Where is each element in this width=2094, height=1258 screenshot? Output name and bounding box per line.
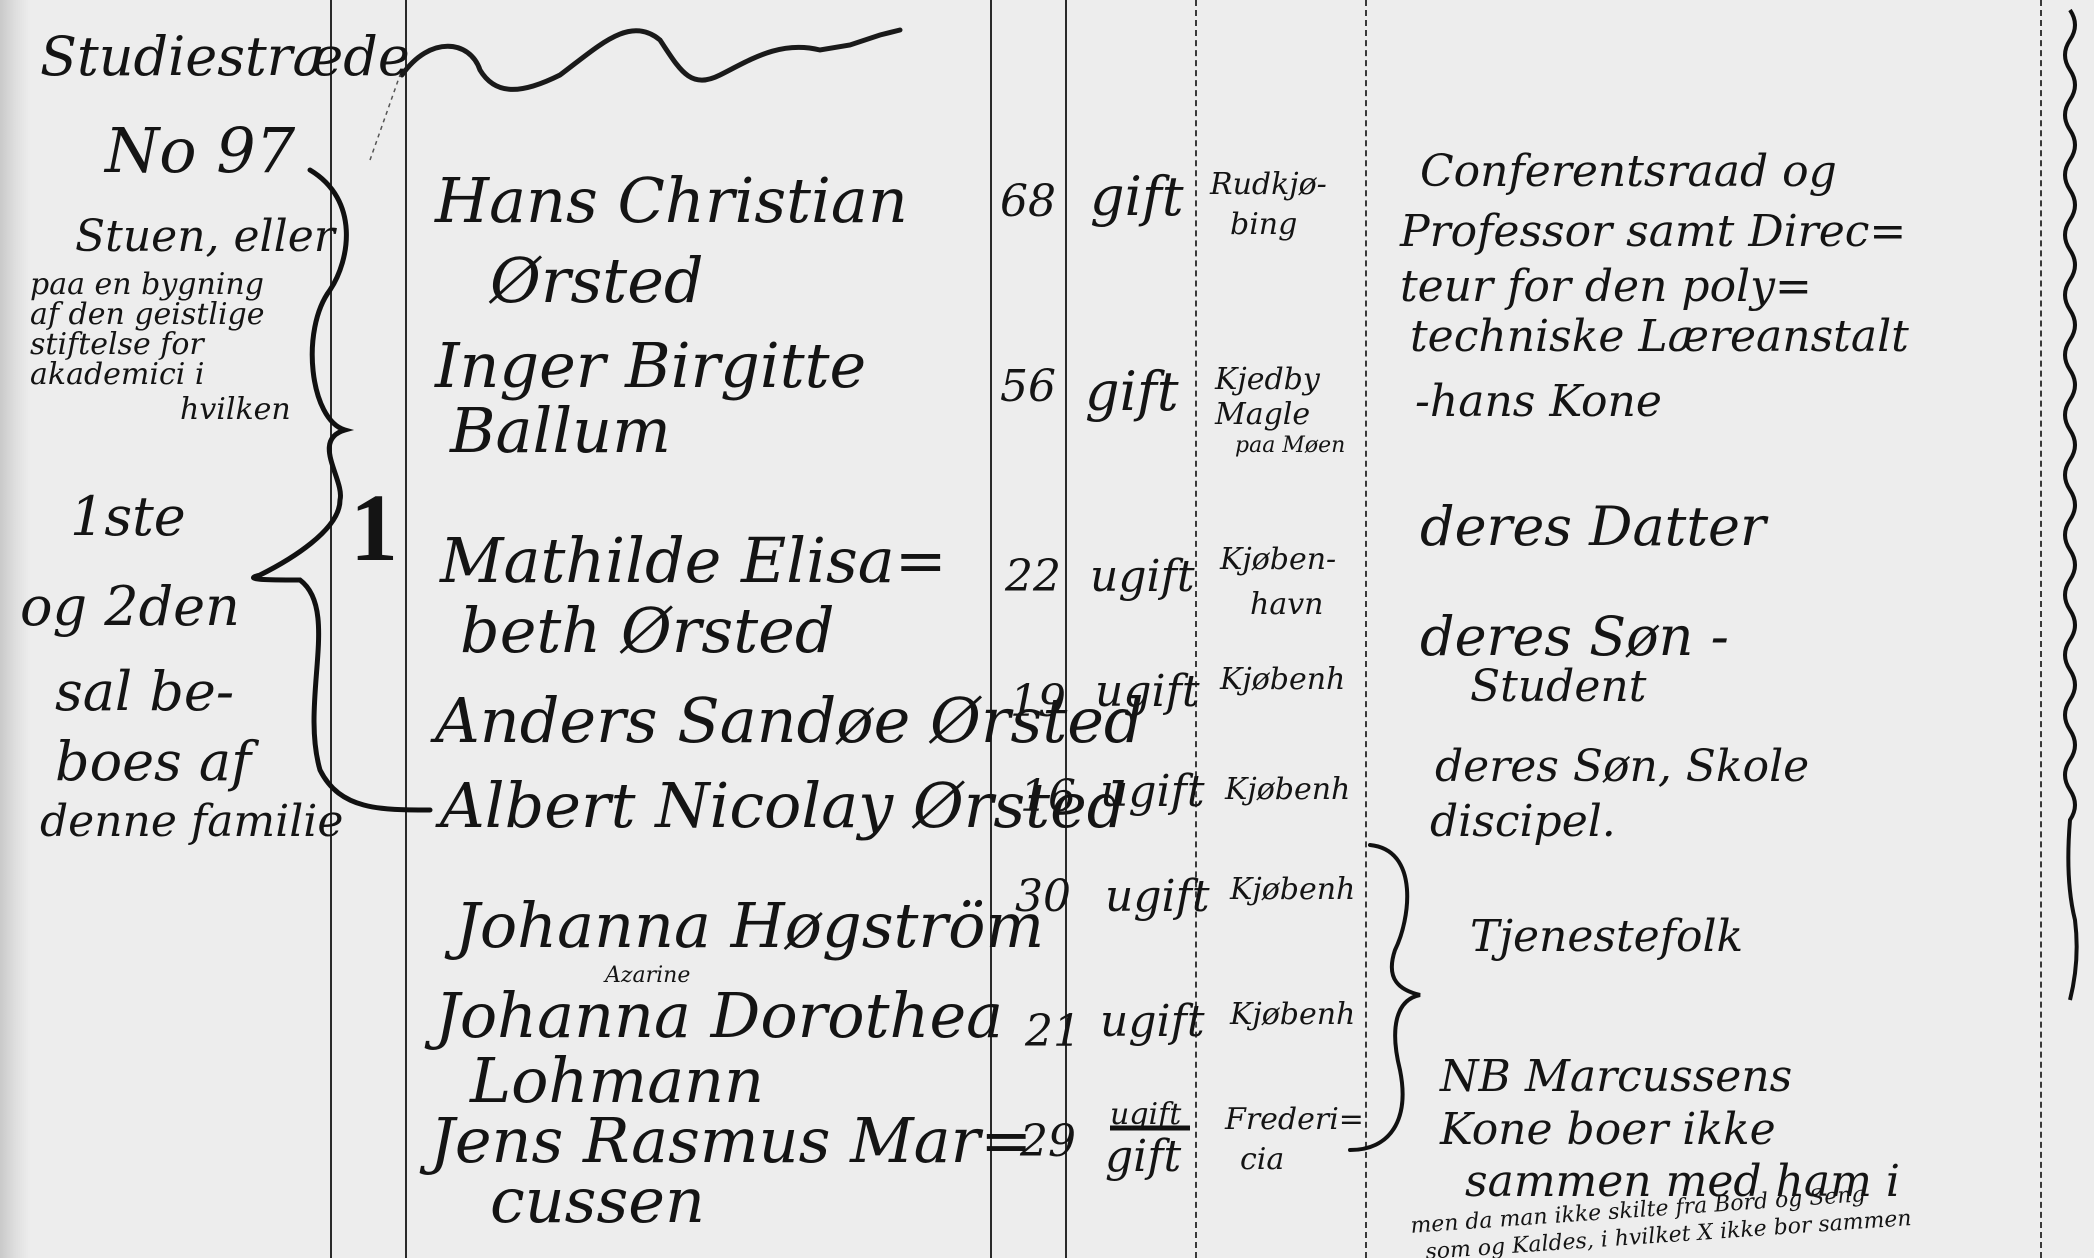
birthplace-cont: paa Møen: [1235, 435, 1345, 457]
age: 68: [1000, 180, 1056, 224]
marital-status: ugift: [1090, 555, 1195, 599]
margin-note-line: boes af: [55, 735, 251, 789]
margin-note-line: af den geistlige: [30, 300, 265, 330]
position-line: discipel.: [1430, 800, 1616, 844]
nb-note-line: Kone boer ikke: [1440, 1108, 1776, 1152]
house-number: No 97: [105, 120, 295, 182]
person-name: Hans Christian: [435, 170, 908, 232]
person-name-cont: Ørsted: [490, 250, 704, 312]
position-line: Student: [1470, 665, 1646, 709]
marital-status: ugift: [1100, 1000, 1205, 1044]
margin-note-line: stiftelse for: [30, 330, 204, 360]
position-line: teur for den poly=: [1400, 265, 1812, 309]
column-rule-status: [1195, 0, 1197, 1258]
household-brace: [254, 170, 430, 810]
birthplace-cont: cia: [1240, 1145, 1284, 1175]
age: 22: [1005, 555, 1061, 599]
position-line: deres Søn -: [1420, 610, 1729, 664]
birthplace: Kjøbenh: [1220, 665, 1345, 695]
marital-status: ugift: [1100, 770, 1205, 814]
age: 29: [1020, 1120, 1076, 1164]
birthplace-cont: havn: [1250, 590, 1323, 620]
age: 16: [1020, 775, 1076, 819]
birthplace: Kjøben-: [1220, 545, 1336, 575]
position-line: techniske Læreanstalt: [1410, 315, 1909, 359]
margin-note-line: sal be-: [55, 665, 234, 719]
servants-note: Tjenestefolk: [1470, 915, 1743, 959]
birthplace: Rudkjø-: [1210, 170, 1327, 200]
margin-note-line: og 2den: [20, 580, 240, 634]
marital-status: gift: [1085, 365, 1179, 419]
birthplace-cont: Magle: [1215, 400, 1310, 430]
birthplace: Kjøbenh: [1230, 1000, 1355, 1030]
street-name: Studiestræde: [40, 30, 410, 84]
column-rule-position: [2040, 0, 2042, 1258]
marital-status: gift: [1105, 1135, 1181, 1179]
person-name-cont: beth Ørsted: [460, 600, 835, 662]
position-line: Professor samt Direc=: [1400, 210, 1906, 254]
person-name: Johanna Dorothea: [435, 985, 1003, 1047]
person-name-cont: Lohmann: [470, 1050, 764, 1112]
age: 19: [1010, 680, 1066, 724]
marital-status: gift: [1090, 170, 1184, 224]
position-line: Conferentsraad og: [1420, 150, 1837, 194]
marital-status: ugift: [1095, 670, 1200, 714]
age: 21: [1025, 1010, 1081, 1054]
census-page: Studiestræde No 97 Stuen, eller paa en b…: [0, 0, 2094, 1258]
position-line: deres Søn, Skole: [1435, 745, 1809, 789]
margin-note-line: 1ste: [70, 490, 186, 544]
person-name-cont: Ballum: [450, 400, 671, 462]
margin-note-line: paa en bygning: [30, 270, 264, 300]
margin-note-line: Stuen, eller: [75, 215, 335, 259]
birthplace: Kjøbenh: [1225, 775, 1350, 805]
birthplace-cont: bing: [1230, 210, 1297, 240]
age: 30: [1015, 875, 1071, 919]
person-name: Mathilde Elisa=: [440, 530, 947, 592]
position-line: deres Datter: [1420, 500, 1766, 554]
margin-note-line: hvilken: [180, 395, 291, 425]
column-rule-birthplace: [1365, 0, 1367, 1258]
person-name-cont: cussen: [490, 1170, 705, 1232]
birthplace: Kjøbenh: [1230, 875, 1355, 905]
right-margin-brace: [2065, 10, 2077, 1000]
column-rule-household: [405, 0, 407, 1258]
margin-note-line: denne familie: [40, 800, 343, 844]
column-rule-name: [990, 0, 992, 1258]
marital-status: ugift: [1105, 875, 1210, 919]
household-number: 1: [350, 480, 398, 576]
marital-status-struck: ugift: [1110, 1100, 1181, 1130]
birthplace: Frederi=: [1225, 1105, 1364, 1135]
person-name: Jens Rasmus Mar=: [430, 1110, 1032, 1172]
birthplace: Kjedby: [1215, 365, 1320, 395]
margin-note-line: akademici i: [30, 360, 204, 390]
column-rule-margin: [330, 0, 332, 1258]
column-rule-age: [1065, 0, 1067, 1258]
person-name: Johanna Høgström: [455, 895, 1044, 957]
nb-note-line: NB Marcussens: [1440, 1055, 1792, 1099]
position-line: -hans Kone: [1415, 380, 1662, 424]
wave-flourish: [402, 30, 900, 89]
age: 56: [1000, 365, 1056, 409]
person-name: Inger Birgitte: [435, 335, 866, 397]
